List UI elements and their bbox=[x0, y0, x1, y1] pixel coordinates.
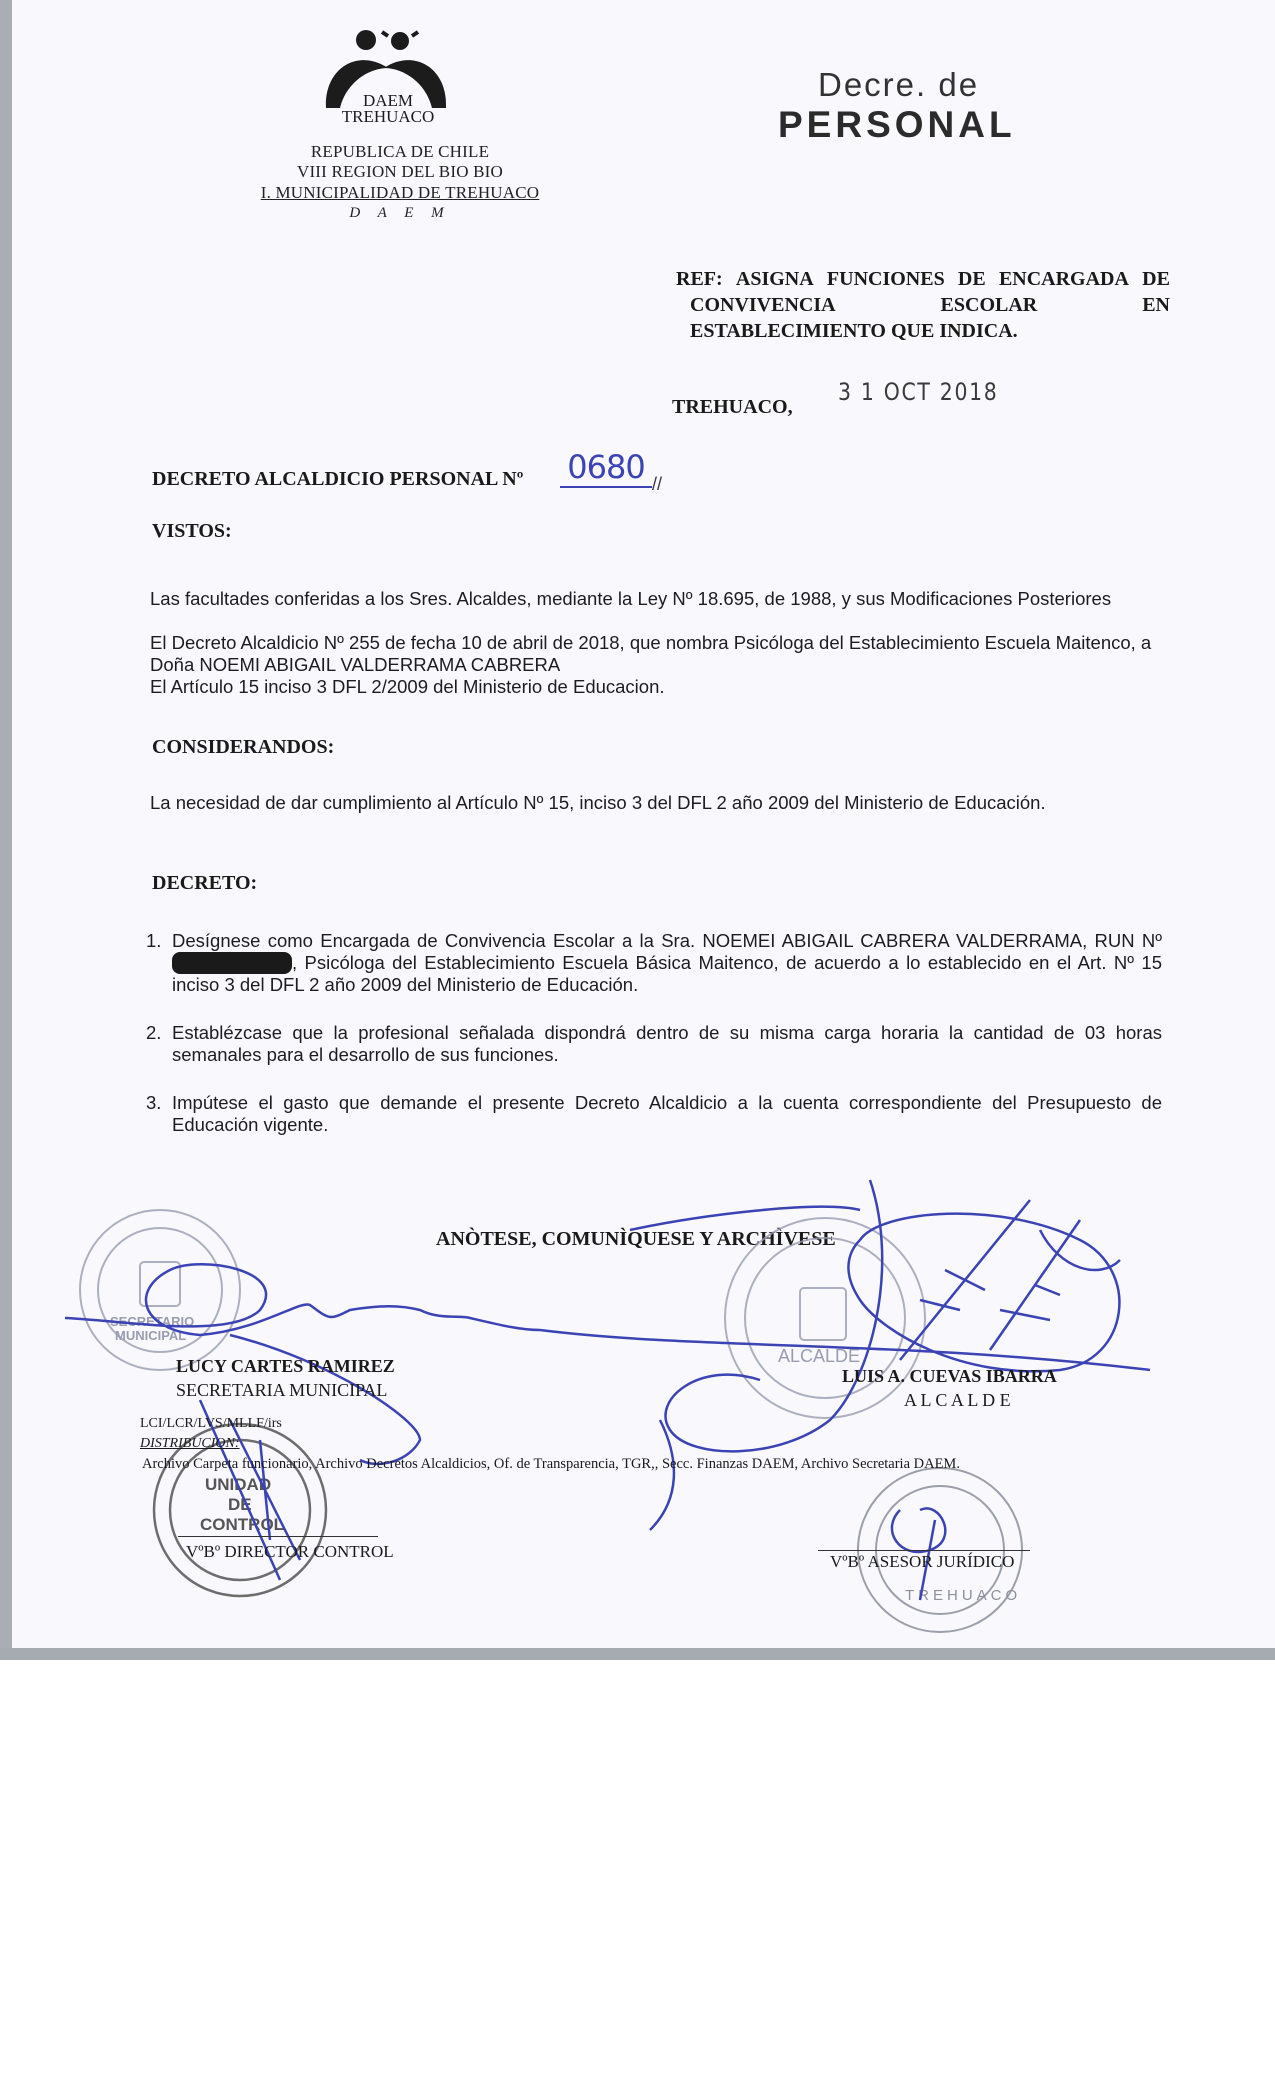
ref-word: DE bbox=[1142, 266, 1170, 292]
distribution-text: Archivo Carpeta funcionario, Archivo Dec… bbox=[142, 1456, 960, 1473]
ref-word: DE bbox=[958, 266, 986, 292]
ref-word: EN bbox=[1142, 292, 1170, 318]
ref-word: ASIGNA bbox=[736, 266, 814, 292]
item-text-before-redaction: Desígnese como Encargada de Convivencia … bbox=[172, 930, 1162, 951]
scan-border-bottom bbox=[0, 1648, 1275, 1660]
legal-signature-line bbox=[818, 1550, 1030, 1551]
reference-initials: LCI/LCR/LVS/MLLF/irs bbox=[140, 1416, 282, 1432]
scan-border-left bbox=[0, 0, 12, 1660]
reference-line-3: ESTABLECIMIENTO QUE INDICA. bbox=[676, 318, 1170, 344]
mayor-role: A L C A L D E bbox=[904, 1390, 1011, 1411]
vistos-line-1: Las facultades conferidas a los Sres. Al… bbox=[150, 588, 1162, 610]
vistos-heading: VISTOS: bbox=[152, 520, 232, 543]
letterhead-municipality: I. MUNICIPALIDAD DE TREHUACO bbox=[200, 183, 600, 203]
vistos-line-2: El Decreto Alcaldicio Nº 255 de fecha 10… bbox=[150, 632, 1162, 676]
vb-director-control: VºBº DIRECTOR CONTROL bbox=[186, 1542, 394, 1562]
decree-number-handwritten: 0680 bbox=[560, 448, 652, 488]
logo-text: DAEM TREHUACO bbox=[333, 93, 443, 125]
reference-block: REF: ASIGNA FUNCIONES DE ENCARGADA DE CO… bbox=[676, 266, 1170, 344]
decreto-heading: DECRETO: bbox=[152, 872, 257, 895]
decreto-item-1: 1. Desígnese como Encargada de Convivenc… bbox=[146, 930, 1162, 996]
considerandos-heading: CONSIDERANDOS: bbox=[152, 736, 334, 759]
considerandos-text: La necesidad de dar cumplimiento al Artí… bbox=[150, 792, 1162, 814]
place: TREHUACO, bbox=[672, 396, 793, 419]
item-text: Impútese el gasto que demande el present… bbox=[172, 1092, 1162, 1136]
distribution-label: DISTRIBUCION: bbox=[140, 1436, 240, 1452]
control-signature-line bbox=[178, 1536, 378, 1537]
letterhead-department: D A E M bbox=[200, 205, 600, 222]
item-text-after-redaction: , Psicóloga del Establecimiento Escuela … bbox=[172, 952, 1162, 995]
mayor-name: LUIS A. CUEVAS IBARRA bbox=[842, 1366, 1057, 1387]
date-stamp: 3 1 OCT 2018 bbox=[838, 378, 998, 406]
item-number: 2. bbox=[146, 1022, 172, 1066]
item-number: 3. bbox=[146, 1092, 172, 1136]
doc-type-line1: Decre. de bbox=[818, 66, 979, 104]
redaction-mark bbox=[172, 952, 292, 974]
decree-title: DECRETO ALCALDICIO PERSONAL Nº bbox=[152, 468, 523, 491]
ref-word: REF: bbox=[676, 266, 723, 292]
letterhead-country: REPUBLICA DE CHILE bbox=[200, 142, 600, 162]
letterhead-region: VIII REGION DEL BIO BIO bbox=[200, 162, 600, 182]
secretary-name: LUCY CARTES RAMIREZ bbox=[176, 1356, 395, 1377]
ref-word: ENCARGADA bbox=[999, 266, 1129, 292]
item-number: 1. bbox=[146, 930, 172, 996]
ref-word: CONVIVENCIA bbox=[690, 292, 836, 318]
logo-text-trehuaco: TREHUACO bbox=[333, 109, 443, 125]
item-text: Establézcase que la profesional señalada… bbox=[172, 1022, 1162, 1066]
decree-suffix: // bbox=[652, 474, 662, 495]
decreto-item-3: 3. Impútese el gasto que demande el pres… bbox=[146, 1092, 1162, 1136]
vistos-line-3: El Artículo 15 inciso 3 DFL 2/2009 del M… bbox=[150, 676, 1162, 698]
ref-word: ESCOLAR bbox=[941, 292, 1038, 318]
reference-line-2: CONVIVENCIA ESCOLAR EN bbox=[676, 292, 1170, 318]
vb-asesor-juridico: VºBº ASESOR JURÍDICO bbox=[830, 1552, 1014, 1572]
ref-word: FUNCIONES bbox=[827, 266, 945, 292]
closing-formula: ANÒTESE, COMUNÌQUESE Y ARCHÌVESE bbox=[436, 1228, 836, 1251]
doc-type-line2: PERSONAL bbox=[778, 104, 1016, 146]
item-text: Desígnese como Encargada de Convivencia … bbox=[172, 930, 1162, 996]
decreto-list: 1. Desígnese como Encargada de Convivenc… bbox=[146, 930, 1162, 1162]
reference-line-1: REF: ASIGNA FUNCIONES DE ENCARGADA DE bbox=[676, 266, 1170, 292]
secretary-role: SECRETARIA MUNICIPAL bbox=[176, 1380, 387, 1401]
decreto-item-2: 2. Establézcase que la profesional señal… bbox=[146, 1022, 1162, 1066]
